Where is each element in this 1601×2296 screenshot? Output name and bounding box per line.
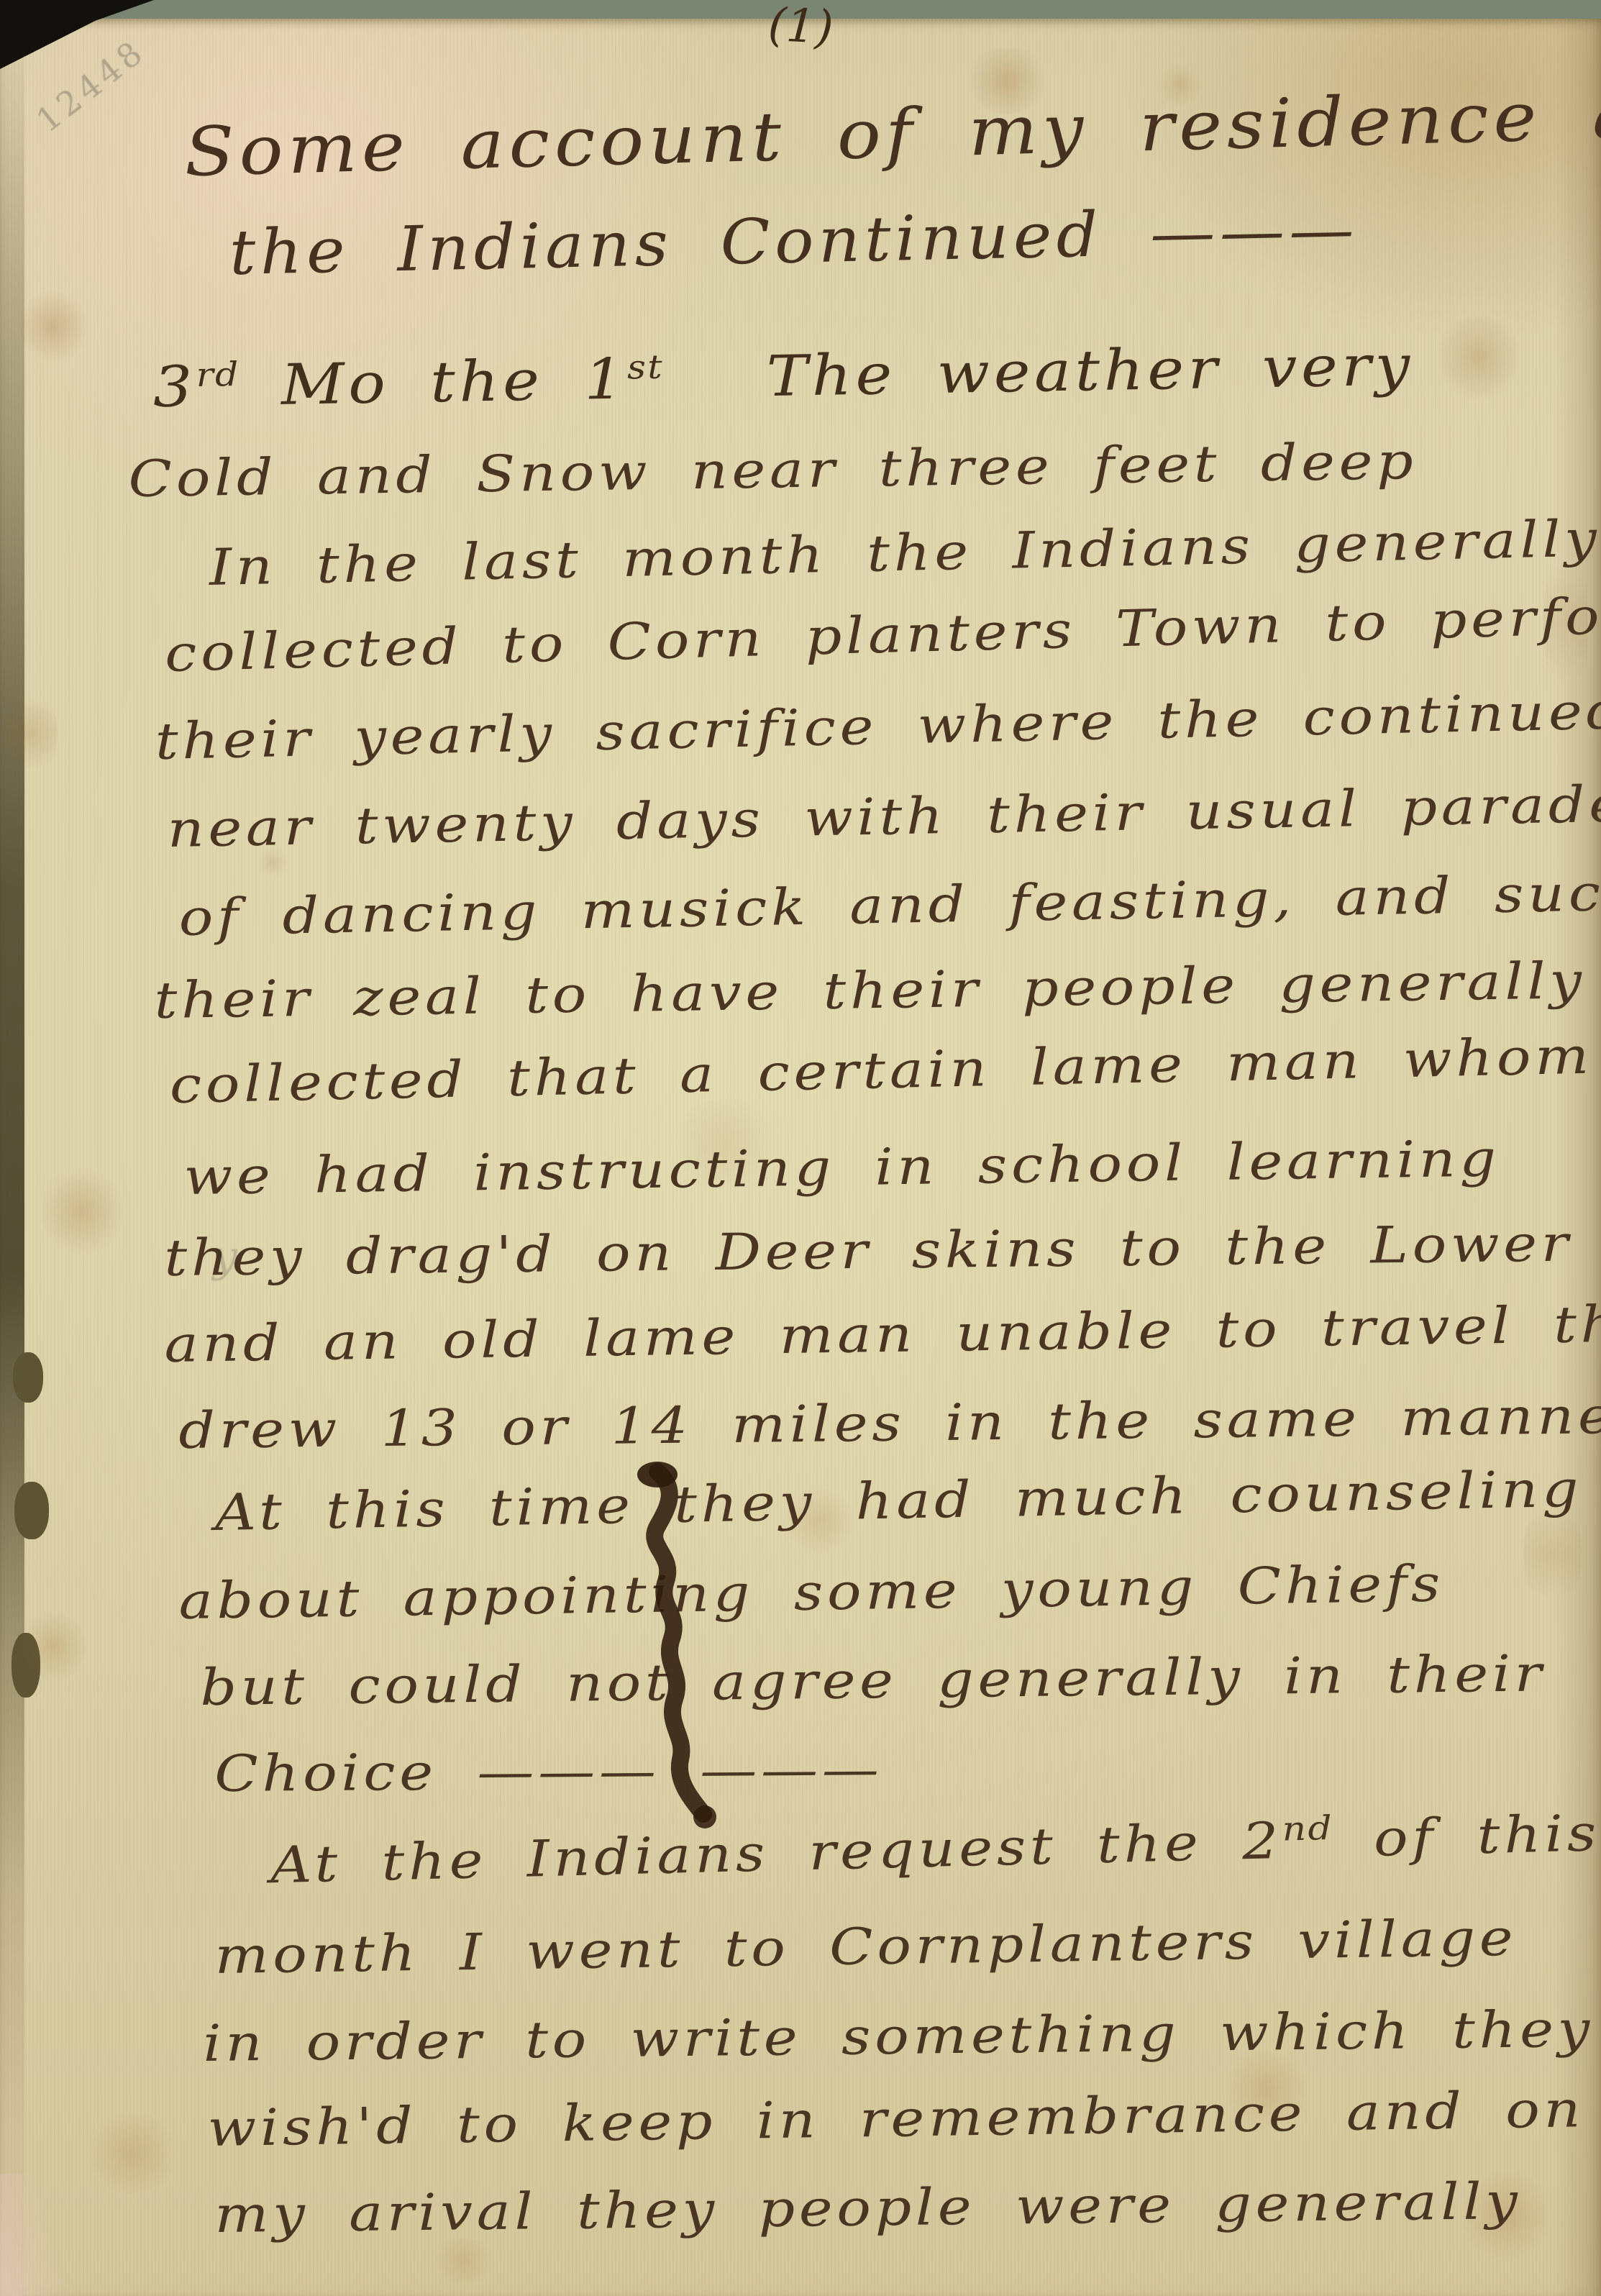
date-rest: The weather very (766, 333, 1414, 409)
page-edge-shading (1555, 19, 1601, 2296)
page-under-leaf (0, 2174, 69, 2296)
request-ordinal: nd (1282, 1808, 1334, 1849)
torn-edge-fragment (14, 1482, 49, 1539)
date-number: 3 (152, 355, 197, 420)
page-number: (1) (767, 0, 834, 55)
manuscript-line: Choice ——— ——— (214, 1740, 883, 1803)
torn-edge-fragment (13, 1352, 43, 1403)
date-ordinal: rd (196, 355, 240, 394)
ink-blot (591, 1457, 735, 1831)
request-post: of this (1333, 1803, 1601, 1869)
day-ordinal: st (627, 347, 665, 387)
torn-edge-fragment (12, 1633, 40, 1698)
binding-edge (0, 19, 24, 2296)
date-middle: Mo the 1 (240, 347, 628, 418)
